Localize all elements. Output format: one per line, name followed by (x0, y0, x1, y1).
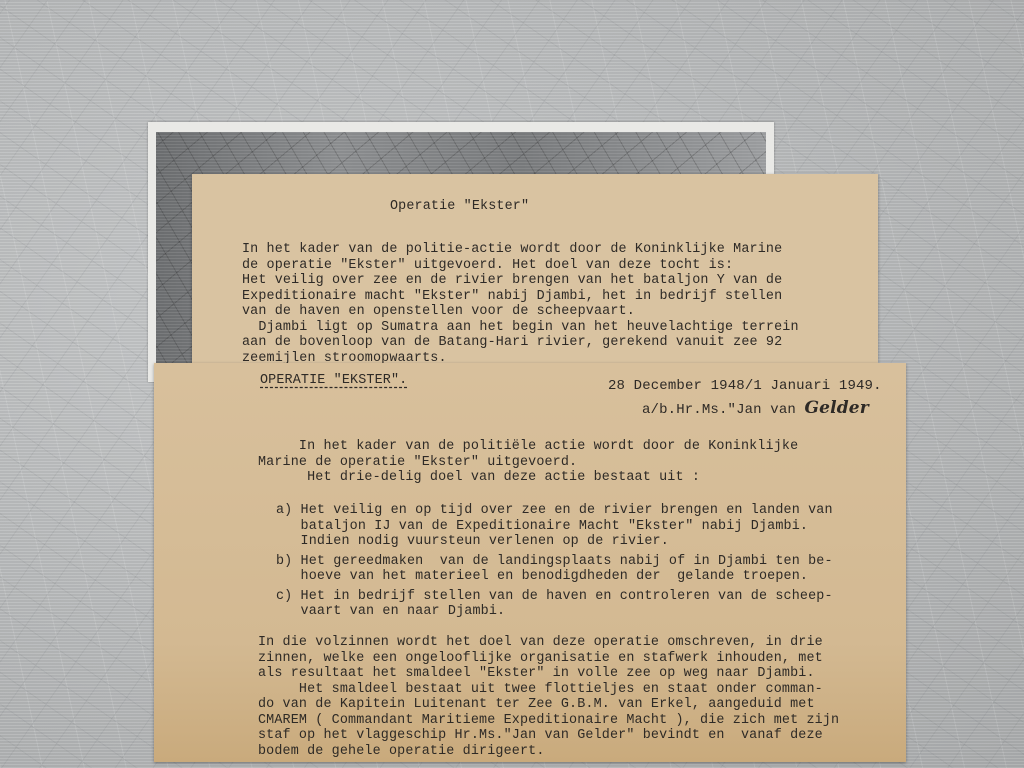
text-line: c) Het in bedrijf stellen van de haven e… (276, 589, 833, 605)
text-line: CMAREM ( Commandant Maritieme Expedition… (258, 713, 839, 729)
bottom-typed-sheet: OPERATIE "EKSTER". 28 December 1948/1 Ja… (154, 363, 906, 762)
top-sheet-body: In het kader van de politie-actie wordt … (242, 242, 799, 366)
text-line: Het smaldeel bestaat uit twee flottielje… (258, 682, 839, 698)
goal-item: b) Het gereedmaken van de landingsplaats… (276, 554, 833, 585)
document-date: 28 December 1948/1 Januari 1949. (608, 379, 882, 395)
text-line: Het veilig over zee en de rivier brengen… (242, 273, 799, 289)
text-line: Het drie-delig doel van deze actie besta… (258, 470, 798, 486)
text-line: vaart van en naar Djambi. (276, 604, 833, 620)
text-line: bataljon IJ van de Expeditionaire Macht … (276, 519, 833, 535)
text-line: hoeve van het materieel en benodigdheden… (276, 569, 833, 585)
text-line: Indien nodig vuursteun verlenen op de ri… (276, 534, 833, 550)
text-line: zinnen, welke een ongelooflijke organisa… (258, 651, 839, 667)
text-line: bodem de gehele operatie dirigeert. (258, 744, 839, 760)
text-line: do van de Kapitein Luitenant ter Zee G.B… (258, 697, 839, 713)
ship-prefix: a/b.Hr.Ms."Jan van (642, 402, 804, 418)
text-line: Marine de operatie "Ekster" uitgevoerd. (258, 455, 798, 471)
text-line: van de haven en openstellen voor de sche… (242, 304, 799, 320)
bottom-sheet-title: OPERATIE "EKSTER". (260, 373, 407, 389)
text-line: In het kader van de politiële actie word… (258, 439, 798, 455)
text-line: staf op het vlaggeschip Hr.Ms."Jan van G… (258, 728, 839, 744)
text-line: In het kader van de politie-actie wordt … (242, 242, 799, 258)
text-line: In die volzinnen wordt het doel van deze… (258, 635, 839, 651)
text-line: Djambi ligt op Sumatra aan het begin van… (242, 320, 799, 336)
text-line: de operatie "Ekster" uitgevoerd. Het doe… (242, 258, 799, 274)
text-line: als resultaat het smaldeel "Ekster" in v… (258, 666, 839, 682)
top-sheet-title: Operatie "Ekster" (390, 199, 529, 215)
handwritten-ship-name: Gelder (804, 398, 868, 418)
text-line: Expeditionaire macht "Ekster" nabij Djam… (242, 289, 799, 305)
goals-list: a) Het veilig en op tijd over zee en de … (276, 503, 833, 624)
closing-paragraph: In die volzinnen wordt het doel van deze… (258, 635, 839, 759)
top-typed-sheet: Operatie "Ekster" In het kader van de po… (192, 174, 878, 370)
text-line: aan de bovenloop van de Batang-Hari rivi… (242, 335, 799, 351)
ship-line: a/b.Hr.Ms."Jan van Gelder (642, 401, 869, 419)
text-line: a) Het veilig en op tijd over zee en de … (276, 503, 833, 519)
goal-item: c) Het in bedrijf stellen van de haven e… (276, 589, 833, 620)
intro-paragraph: In het kader van de politiële actie word… (258, 439, 798, 486)
goal-item: a) Het veilig en op tijd over zee en de … (276, 503, 833, 550)
text-line: b) Het gereedmaken van de landingsplaats… (276, 554, 833, 570)
